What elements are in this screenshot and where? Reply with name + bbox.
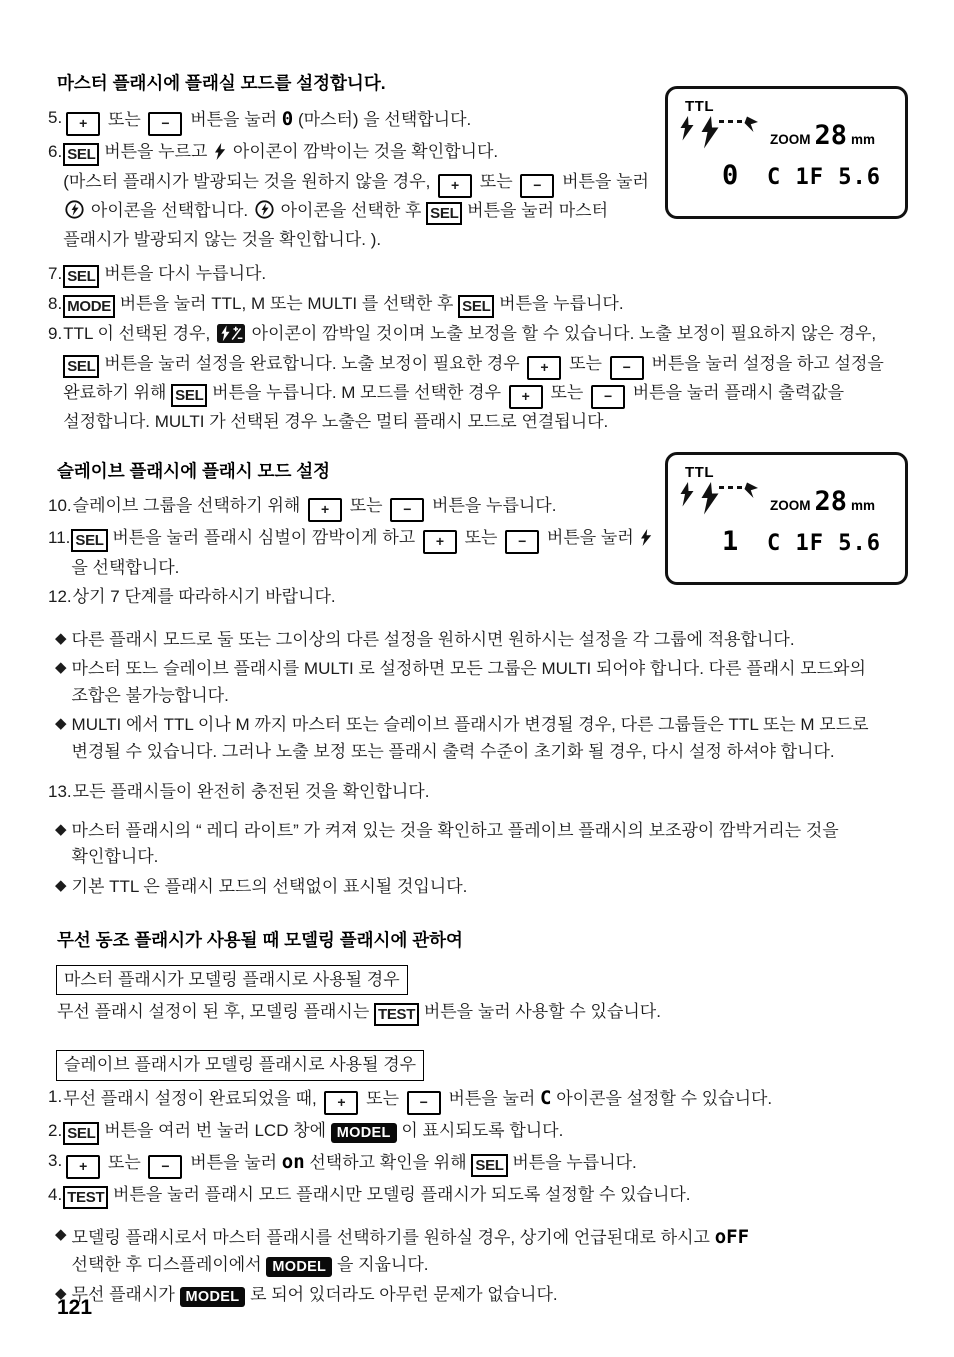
step-number: 3.	[48, 1148, 62, 1179]
bullet-item: ◆MULTI 에서 TTL 이나 M 까지 마스터 또는 슬레이브 플래시가 변…	[48, 712, 914, 765]
sel-key: SEL	[63, 355, 99, 378]
lcd-display-master: TTL ZOOM 28 mm 0 C 1F 5.6	[665, 86, 908, 219]
step-item: 3.+ 또는 − 버튼을 눌러 on 선택하고 확인을 위해 SEL 버튼을 누…	[48, 1148, 914, 1179]
slave-section-text: 슬레이브 플래시에 플래시 모드 설정10.슬레이브 그룹을 선택하기 위해 +…	[48, 456, 660, 614]
model-badge: MODEL	[266, 1257, 332, 1277]
bullet-item: ◆마스터 플래시의 “ 레디 라이트” 가 켜져 있는 것을 확인하고 플레이브…	[48, 818, 914, 871]
sel-key: SEL	[63, 143, 99, 166]
step-number: 11.	[48, 525, 70, 581]
step-text: 모든 플래시들이 완전히 충전된 것을 확인합니다.	[73, 779, 914, 806]
zoom-value: 28	[815, 122, 848, 149]
diamond-bullet-icon: ◆	[55, 818, 67, 871]
step-item: 5.+ 또는 − 버튼을 눌러 0 (마스터) 을 선택합니다.	[48, 105, 660, 136]
bullet-text: 모델링 플래시로서 마스터 플래시를 선택하기를 원하실 경우, 상기에 언급된…	[72, 1223, 914, 1279]
zoom-label: ZOOM	[770, 495, 811, 516]
boxed-label: 슬레이브 플래시가 모델링 플래시로 사용될 경우	[56, 1050, 424, 1081]
lcd-display-slave: TTL ZOOM 28 mm 1 C 1F 5.6	[665, 452, 908, 585]
seven-seg-text: on	[282, 1151, 305, 1173]
paragraph: 무선 플래시 설정이 된 후, 모델링 플래시는 TEST 버튼을 눌러 사용할…	[57, 999, 914, 1026]
sel-key: SEL	[426, 202, 462, 225]
step-text: SEL 버튼을 여러 번 눌러 LCD 창에 MODEL 이 표시되도록 합니다…	[63, 1118, 914, 1145]
section-heading: 무선 동조 플래시가 사용될 때 모델링 플래시에 관하여	[57, 927, 914, 954]
plus-key: +	[509, 385, 543, 409]
diamond-bullet-icon: ◆	[55, 1223, 67, 1279]
diamond-bullet-icon: ◆	[55, 874, 67, 901]
step-number: 9.	[48, 321, 62, 436]
step-text: 슬레이브 그룹을 선택하기 위해 + 또는 − 버튼을 누릅니다.	[73, 493, 660, 522]
manual-page: 마스터 플래시에 플래실 모드를 설정합니다.5.+ 또는 − 버튼을 눌러 0…	[0, 0, 954, 1357]
step-number: 1.	[48, 1084, 62, 1115]
step-number: 6.	[48, 139, 62, 254]
master-section-text: 마스터 플래시에 플래실 모드를 설정합니다.5.+ 또는 − 버튼을 눌러 0…	[48, 70, 660, 257]
bullet-text: 다른 플래시 모드로 둘 또는 그이상의 다른 설정을 원하시면 원하시는 설정…	[72, 627, 914, 654]
bullet-item: ◆모델링 플래시로서 마스터 플래시를 선택하기를 원하실 경우, 상기에 언급…	[48, 1223, 914, 1279]
plus-key: +	[66, 1155, 100, 1179]
step-item: 13.모든 플래시들이 완전히 충전된 것을 확인합니다.	[48, 779, 914, 806]
plus-key: +	[527, 356, 561, 380]
minus-key: −	[148, 1155, 182, 1179]
zoom-unit: mm	[851, 129, 875, 150]
boxed-label: 마스터 플래시가 모델링 플래시로 사용될 경우	[56, 965, 408, 996]
section-heading: 마스터 플래시에 플래실 모드를 설정합니다.	[57, 70, 660, 97]
step-item: 7.SEL 버튼을 다시 누릅니다.	[48, 261, 914, 288]
master-section-row: 마스터 플래시에 플래실 모드를 설정합니다.5.+ 또는 − 버튼을 눌러 0…	[48, 70, 914, 257]
lcd-channel-aperture: C 1F 5.6	[767, 527, 881, 561]
flash-bolt-icon	[640, 528, 652, 555]
mode-key: MODE	[63, 295, 115, 318]
step-text: TEST 버튼을 눌러 플래시 모드 플래시만 모델링 플래시가 되도록 설정할…	[63, 1182, 914, 1209]
minus-key: −	[520, 174, 554, 198]
plus-key: +	[324, 1091, 358, 1115]
sel-key: SEL	[63, 1122, 99, 1145]
bullet-text: 마스터 플래시의 “ 레디 라이트” 가 켜져 있는 것을 확인하고 플레이브 …	[72, 818, 914, 871]
step-item: 1.무선 플래시 설정이 완료되었을 때, + 또는 − 버튼을 눌러 C 아이…	[48, 1084, 914, 1115]
diamond-bullet-icon: ◆	[55, 627, 67, 654]
step-number: 4.	[48, 1182, 62, 1209]
seven-seg-text: 0	[282, 108, 293, 130]
boxed-label-wrap: 슬레이브 플래시가 모델링 플래시로 사용될 경우	[56, 1050, 914, 1081]
minus-key: −	[407, 1091, 441, 1115]
zoom-value: 28	[815, 488, 848, 515]
step-text: + 또는 − 버튼을 눌러 on 선택하고 확인을 위해 SEL 버튼을 누릅니…	[63, 1148, 914, 1179]
step-item: 12.상기 7 단계를 따라하시기 바랍니다.	[48, 584, 660, 611]
seven-seg-text: oFF	[715, 1226, 749, 1248]
plus-key: +	[438, 174, 472, 198]
section-heading: 슬레이브 플래시에 플래시 모드 설정	[57, 458, 660, 485]
minus-key: −	[591, 385, 625, 409]
step-text: TTL 이 선택된 경우, 아이콘이 깜박일 것이며 노출 보정을 할 수 있습…	[63, 321, 914, 436]
minus-key: −	[610, 356, 644, 380]
bullet-item: ◆기본 TTL 은 플래시 모드의 선택없이 표시될 것입니다.	[48, 874, 914, 901]
step-text: SEL 버튼을 다시 누릅니다.	[63, 261, 914, 288]
bullet-text: 무선 플래시가 MODEL 로 되어 있더라도 아무런 문제가 없습니다.	[72, 1282, 914, 1309]
zoom-unit: mm	[851, 495, 875, 516]
step-text: + 또는 − 버튼을 눌러 0 (마스터) 을 선택합니다.	[63, 105, 660, 136]
sel-key: SEL	[63, 265, 99, 288]
sel-key: SEL	[171, 384, 207, 407]
flash-cancel-circle-icon	[65, 200, 84, 228]
plus-key: +	[66, 112, 100, 136]
step-item: 11.SEL 버튼을 눌러 플래시 심벌이 깜박이게 하고 + 또는 − 버튼을…	[48, 525, 660, 581]
lcd-channel-aperture: C 1F 5.6	[767, 161, 881, 195]
step-number: 7.	[48, 261, 62, 288]
bullet-text: 마스터 또느 슬레이브 플래시를 MULTI 로 설정하면 모든 그룹은 MUL…	[72, 656, 914, 709]
lcd-zoom-readout: ZOOM 28 mm	[770, 488, 875, 516]
bullet-item: ◆마스터 또느 슬레이브 플래시를 MULTI 로 설정하면 모든 그룹은 MU…	[48, 656, 914, 709]
test-key: TEST	[374, 1003, 419, 1026]
step-item: 2.SEL 버튼을 여러 번 눌러 LCD 창에 MODEL 이 표시되도록 합…	[48, 1118, 914, 1145]
plus-key: +	[308, 498, 342, 522]
step-number: 10.	[48, 493, 72, 522]
bullet-text: 기본 TTL 은 플래시 모드의 선택없이 표시될 것입니다.	[72, 874, 914, 901]
step-number: 2.	[48, 1118, 62, 1145]
sel-key: SEL	[458, 295, 494, 318]
minus-key: −	[148, 112, 182, 136]
bullet-item: ◆다른 플래시 모드로 둘 또는 그이상의 다른 설정을 원하시면 원하시는 설…	[48, 627, 914, 654]
sel-key: SEL	[471, 1154, 507, 1177]
diamond-bullet-icon: ◆	[55, 656, 67, 709]
slave-section-row: 슬레이브 플래시에 플래시 모드 설정10.슬레이브 그룹을 선택하기 위해 +…	[48, 456, 914, 614]
modeling-flash-section: ◆다른 플래시 모드로 둘 또는 그이상의 다른 설정을 원하시면 원하시는 설…	[48, 618, 914, 1309]
lcd-group-digit: 0	[722, 155, 738, 197]
step-text: SEL 버튼을 누르고 아이콘이 깜박이는 것을 확인합니다.(마스터 플래시가…	[63, 139, 660, 254]
wireless-flash-bolts-icon	[678, 481, 770, 526]
step-text: SEL 버튼을 눌러 플래시 심벌이 깜박이게 하고 + 또는 − 버튼을 눌러…	[71, 525, 660, 581]
step-item: 8.MODE 버튼을 눌러 TTL, M 또는 MULTI 를 선택한 후 SE…	[48, 291, 914, 318]
model-badge: MODEL	[331, 1123, 397, 1143]
step-item: 10.슬레이브 그룹을 선택하기 위해 + 또는 − 버튼을 누릅니다.	[48, 493, 660, 522]
zoom-label: ZOOM	[770, 129, 811, 150]
plus-key: +	[423, 530, 457, 554]
minus-key: −	[505, 530, 539, 554]
page-number: 121	[57, 1292, 92, 1325]
flash-bolt-icon	[214, 142, 226, 169]
wireless-flash-bolts-icon	[678, 115, 770, 160]
step-text: 상기 7 단계를 따라하시기 바랍니다.	[73, 584, 660, 611]
step-item: 9.TTL 이 선택된 경우, 아이콘이 깜박일 것이며 노출 보정을 할 수 …	[48, 321, 914, 436]
step-item: 4.TEST 버튼을 눌러 플래시 모드 플래시만 모델링 플래시가 되도록 설…	[48, 1182, 914, 1209]
lcd-zoom-readout: ZOOM 28 mm	[770, 122, 875, 150]
bullet-text: MULTI 에서 TTL 이나 M 까지 마스터 또는 슬레이브 플래시가 변경…	[72, 712, 914, 765]
step-number: 5.	[48, 105, 62, 136]
step-item: 6.SEL 버튼을 누르고 아이콘이 깜박이는 것을 확인합니다.(마스터 플래…	[48, 139, 660, 254]
lcd-group-digit: 1	[722, 521, 738, 563]
master-section-steps: 7.SEL 버튼을 다시 누릅니다.8.MODE 버튼을 눌러 TTL, M 또…	[48, 261, 914, 436]
flash-cancel-circle-icon	[255, 200, 274, 228]
step-number: 8.	[48, 291, 62, 318]
step-number: 12.	[48, 584, 72, 611]
sel-key: SEL	[71, 529, 107, 552]
step-text: 무선 플래시 설정이 완료되었을 때, + 또는 − 버튼을 눌러 C 아이콘을…	[63, 1084, 914, 1115]
boxed-label-wrap: 마스터 플래시가 모델링 플래시로 사용될 경우	[56, 965, 914, 996]
diamond-bullet-icon: ◆	[55, 712, 67, 765]
seven-seg-text: C	[540, 1087, 551, 1109]
flash-exposure-comp-icon	[217, 324, 245, 352]
step-text: MODE 버튼을 눌러 TTL, M 또는 MULTI 를 선택한 후 SEL …	[63, 291, 914, 318]
test-key: TEST	[63, 1186, 108, 1209]
bullet-item: ◆무선 플래시가 MODEL 로 되어 있더라도 아무런 문제가 없습니다.	[48, 1282, 914, 1309]
model-badge: MODEL	[180, 1287, 246, 1307]
minus-key: −	[390, 498, 424, 522]
step-number: 13.	[48, 779, 72, 806]
